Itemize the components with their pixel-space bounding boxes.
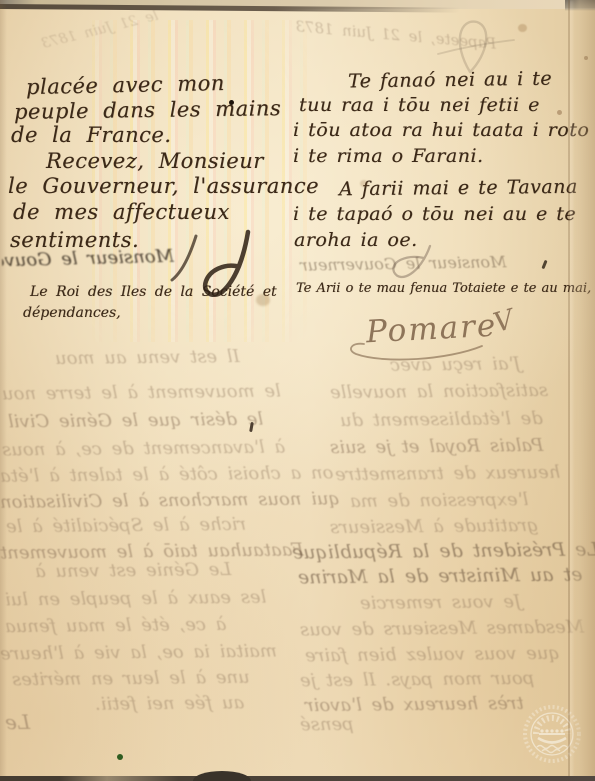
bleedthrough-salutation: Monsieur le Gouverneur <box>300 252 507 275</box>
bleedthrough-line: à ce, été le mau fenua <box>5 614 227 637</box>
bleedthrough-line: on a choisi côté à le talent à l'éta <box>0 462 334 486</box>
bleedthrough-line: Le Président de la République <box>292 538 595 563</box>
tahitian-text-line: A farii mai e te Tavana <box>339 176 578 200</box>
bleedthrough-line: riche à le Spécialité à le <box>6 514 246 538</box>
french-text-line: peuple dans les mains <box>14 96 281 124</box>
tahitian-text-line: i te tapaó o tōu nei au e te <box>293 203 576 225</box>
french-text-line: de la France. <box>11 123 171 147</box>
manuscript-page: Papeete, le 21 Juin 1873 le 21 Juin 1873… <box>0 0 595 781</box>
bleedthrough-line: à l'avancement de ce, à nous <box>2 437 285 461</box>
bleedthrough-line: une à le leur en mérites <box>12 667 250 690</box>
tahitian-text-line: tuu raa i tōu nei fetii e <box>299 94 540 116</box>
bleedthrough-line: qui nous marchons à le Civilisation <box>0 488 340 513</box>
bleedthrough-line: les eaux à le peuple en lui <box>5 587 267 611</box>
ink-speck <box>229 100 234 105</box>
tahitian-closing-line: Te Arii o te mau fenua Totaiete e te au … <box>296 281 591 296</box>
french-text-line: Recevez, Monsieur <box>46 149 264 173</box>
bleedthrough-line: le désir que le Génie Civil <box>8 409 263 433</box>
bleedthrough-line: et au Ministre de la Marine <box>298 564 583 589</box>
french-closing-line: Le Roi des Iles de la Société et <box>30 284 277 300</box>
bleedthrough-line: satisfaction la nouvelle <box>330 380 548 403</box>
tahitian-text-line: aroha ia oe. <box>294 229 418 251</box>
bleedthrough-line: que vous voulez bien faire <box>305 643 560 667</box>
tahitian-text-line: i tōu atoa ra hui taata i roto <box>293 119 589 141</box>
french-text-line: placée avec mon <box>26 71 225 99</box>
bleedthrough-line: gratitude à Messieurs <box>330 515 539 538</box>
paper-stain <box>557 110 562 115</box>
bleedthrough-line: de l'établissement du <box>340 408 543 431</box>
scan-bottom-edge <box>0 776 595 781</box>
french-text-line: sentiments. <box>10 228 139 252</box>
bleedthrough-dateline: Papeete, le 21 Juin 1873 <box>295 17 497 52</box>
bleedthrough-end-mark: Le <box>5 710 30 734</box>
signature-pomare: Pomare <box>365 308 498 351</box>
bleedthrough-line: l'expression de ma <box>350 489 529 512</box>
french-text-line: de mes affectueux <box>13 200 230 224</box>
tahitian-text-line: Te fanaó nei au i te <box>348 68 552 93</box>
bleedthrough-line: heureux de transmettre <box>335 462 561 485</box>
paper-stain <box>360 180 368 187</box>
bleedthrough-line: Palais Royal et je suis <box>330 435 544 458</box>
scan-bottom-blob <box>193 771 251 781</box>
paper-stain <box>256 294 270 306</box>
bleedthrough-line: très heureux de l'avoir <box>305 693 524 716</box>
bleedthrough-line: pour mon pays. Il est je <box>300 668 534 691</box>
page-right-edge-shading <box>569 0 595 781</box>
bleedthrough-line: maitai ia oe, la vie à l'heure <box>0 641 277 665</box>
green-speck <box>117 754 123 760</box>
tahitian-text-line: i te rima o Farani. <box>293 145 484 167</box>
page-left-edge-shading <box>0 0 7 781</box>
ink-speck <box>541 260 547 269</box>
bleedthrough-line: Il est venu au mou <box>55 346 240 369</box>
page-fold-line <box>568 0 570 781</box>
bleedthrough-line: Le Génie est venu à <box>35 559 232 582</box>
bleedthrough-line: Je vous remercie <box>360 591 521 614</box>
french-closing-line: dépendances, <box>23 305 121 321</box>
paper-stain <box>518 24 527 32</box>
french-text-line: le Gouverneur, l'assurance <box>8 174 319 198</box>
bleedthrough-line: Mesdames Messieurs de vous <box>300 617 584 641</box>
bleedthrough-line: pensé <box>300 714 354 736</box>
bleedthrough-line: au fée nei fetii. <box>95 692 244 715</box>
bleedthrough-line: le mouvement à le terre nou <box>2 381 281 405</box>
bleedthrough-line: J'ai reçu avec <box>390 353 521 375</box>
